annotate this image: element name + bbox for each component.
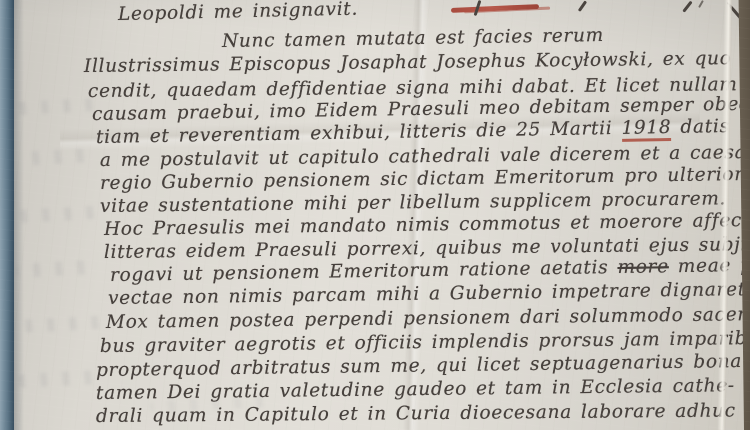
book-edge-left: [0, 0, 14, 430]
manuscript-segment: drali quam in Capitulo et in Curia dioec…: [96, 400, 736, 427]
binding-shadow: [14, 0, 24, 430]
manuscript-segment: meae pro-: [669, 254, 750, 277]
manuscript-photo: { "page": { "kind": "handwritten manuscr…: [0, 0, 750, 430]
manuscript-segment-strike: more: [617, 256, 669, 278]
manuscript-segment-underline-red: 1918: [621, 117, 671, 142]
manuscript-segment: Leopoldi me insignavit.: [118, 0, 359, 25]
